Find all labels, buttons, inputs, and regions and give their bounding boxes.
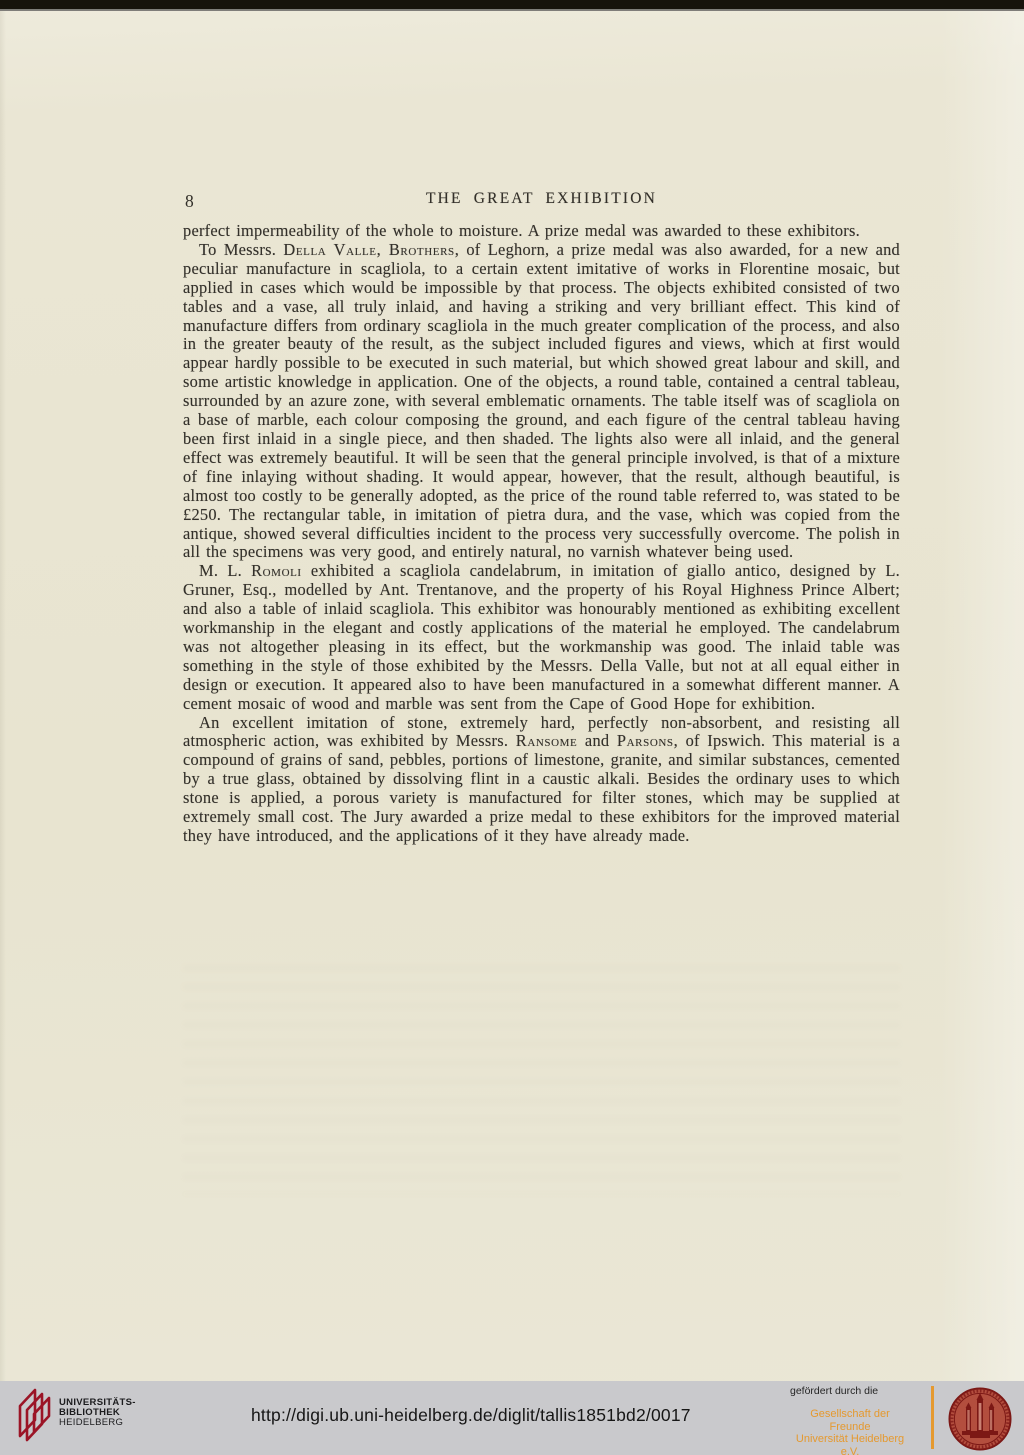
body-paragraph: To Messrs. Della Valle, Brothers, of Leg… [183,241,900,562]
page-header: 8 THE GREAT EXHIBITION [183,190,900,208]
paragraph-text: and [577,731,617,750]
exhibitor-name: Parsons [617,731,674,750]
body-text: perfect impermeability of the whole to m… [183,222,900,846]
exhibitor-name: Romoli [251,561,302,580]
body-paragraph: M. L. Romoli exhibited a scagliola cande… [183,562,900,713]
funding-note: gefördert durch die Gesellschaft der Fre… [790,1385,910,1455]
exhibitor-name: Ransome [516,731,578,750]
document-url: http://digi.ub.uni-heidelberg.de/diglit/… [251,1405,691,1426]
funding-org-line2: Universität Heidelberg e.V. [790,1433,910,1455]
paragraph-text: M. L. [199,561,251,580]
page-number: 8 [185,191,194,212]
funding-prefix: gefördert durch die [790,1385,910,1397]
running-title: THE GREAT EXHIBITION [183,190,900,208]
body-paragraph: perfect impermeability of the whole to m… [183,222,900,241]
body-paragraph: An excellent imitation of stone, extreme… [183,714,900,846]
funding-org-line1: Gesellschaft der Freunde [790,1408,910,1433]
paragraph-text: To Messrs. [199,240,283,259]
exhibitor-name: Della Valle, Brothers [283,240,454,259]
university-seal-icon [948,1387,1012,1451]
paragraph-text: , of Leghorn, a prize medal was also awa… [183,240,900,562]
university-library-logo-icon [13,1385,59,1445]
library-name-line3: HEIDELBERG [59,1418,136,1428]
footer-divider [931,1386,934,1449]
page-showthrough [183,965,900,1195]
scanned-page: 8 THE GREAT EXHIBITION perfect impermeab… [0,0,1024,1455]
paragraph-text: perfect impermeability of the whole to m… [183,221,860,240]
paragraph-text: exhibited a scagliola candelabrum, in im… [183,561,900,712]
scan-edge-bar [0,0,1024,11]
digitization-footer: UNIVERSITÄTS- BIBLIOTHEK HEIDELBERG http… [0,1381,1024,1455]
library-name: UNIVERSITÄTS- BIBLIOTHEK HEIDELBERG [59,1398,136,1429]
